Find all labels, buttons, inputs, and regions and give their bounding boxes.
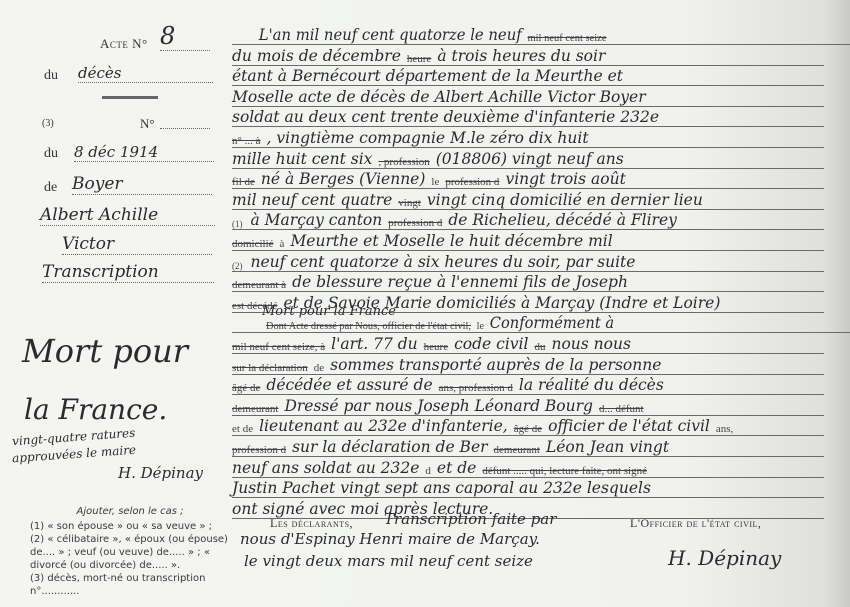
date-label: du [44,146,58,162]
given-names-2: Victor [62,234,212,255]
handwritten-text: Conformément à [490,314,614,332]
body-line: demeurantDressé par nous Joseph Léonard … [232,393,824,416]
officer-label: L'Officier de l'état civil, [630,516,761,531]
transcription-note-3: le vingt deux mars mil neuf cent seize [244,552,533,570]
footnote-2: (2) « célibataire », « époux (ou épouse)… [30,533,230,572]
body-line: L'an mil neuf cent quatorze le neufmil n… [232,22,850,45]
footnote-3: (3) décès, mort-né ou transcription n°..… [30,572,230,598]
acte-number: 8 [160,22,210,51]
handwritten-text: la réalité du décès [519,376,664,394]
handwritten-text: vingt trois août [505,170,625,188]
body-line: et delieutenant au 232e d'infanterie,âgé… [232,413,824,436]
footnote-1: (1) « son épouse » ou « sa veuve » ; [30,520,230,533]
mention-transcription: Transcription [42,262,214,283]
footnote-marker: (3) [42,118,54,129]
body-line: mille huit cent six, profession(018806) … [232,146,824,169]
transcription-note-1: Transcription faite par [384,510,556,528]
handwritten-text: né à Berges (Vienne) [261,170,425,188]
mort-pour-la-france-annotation: Mort pour [22,332,188,370]
margin-signature: H. Dépinay [118,464,203,482]
handwritten-text: soldat au deux cent trente deuxième d'in… [232,108,659,126]
inline-mort-pour-la-france: Mort pour la France [262,304,396,319]
body-line: fil dené à Berges (Vienne)leprofession d… [232,166,824,189]
body-line: du mois de décembreheureà trois heures d… [232,43,824,66]
handwritten-text: étant à Bernécourt département de la Meu… [232,67,623,85]
body-line: domiciliéàMeurthe et Moselle le huit déc… [232,228,824,251]
act-date: 8 déc 1914 [74,143,214,162]
handwritten-text: nous nous [551,335,630,353]
type-label: du [44,68,58,84]
handwritten-text: vingt cinq domicilié en dernier lieu [427,191,703,209]
footnotes-title: Ajouter, selon le cas ; [30,505,230,518]
handwritten-text: code civil [454,335,528,353]
handwritten-text: Moselle acte de décès de Albert Achille … [232,88,646,106]
body-line: mil neuf cent seize, àl'art. 77 duheurec… [232,331,824,354]
divider [102,96,158,99]
mort-pour-la-france-annotation-2: la France. [24,393,167,426]
handwritten-text: Léon Jean vingt [546,438,669,456]
handwritten-text: sur la déclaration de Ber [292,438,487,456]
handwritten-text: neuf cent quatorze à six heures du soir,… [251,253,636,271]
body-line: âgé dedécédée et assuré deans, professio… [232,372,824,395]
handwritten-text: à trois heures du soir [437,47,605,65]
handwritten-text: de blessure reçue à l'ennemi fils de Jos… [292,273,628,291]
body-line: (1)à Marçay cantonprofession dde Richeli… [232,207,824,230]
handwritten-text: du mois de décembre [232,47,401,65]
transcription-note-2: nous d'Espinay Henri maire de Marçay. [240,530,540,548]
officer-signature: H. Dépinay [668,546,781,570]
body-line: Moselle acte de décès de Albert Achille … [232,84,824,107]
body-line: mil neuf cent quatrevingtvingt cinq domi… [232,187,824,210]
handwritten-text: , vingtième compagnie M.le zéro dix huit [267,129,589,147]
body-line: profession dsur la déclaration de Berdem… [232,434,824,457]
handwritten-text: mille huit cent six [232,150,372,168]
body-line: n° ... à, vingtième compagnie M.le zéro … [232,125,824,148]
body-line: sur la déclarationdesommes transporté au… [232,352,824,375]
handwritten-text: L'an mil neuf cent quatorze le neuf [259,26,522,44]
handwritten-text: lieutenant au 232e d'infanterie, [259,417,508,435]
body-line: Justin Pachet vingt sept ans caporal au … [232,475,824,498]
handwritten-text: officier de l'état civil [548,417,710,435]
body-line: soldat au deux cent trente deuxième d'in… [232,104,824,127]
given-names: Albert Achille [40,205,215,226]
handwritten-text: décédée et assuré de [266,376,432,394]
body-line: demeurant àde blessure reçue à l'ennemi … [232,269,824,292]
handwritten-text: et de [437,459,476,477]
surname: Boyer [72,174,212,195]
handwritten-text: sommes transporté auprès de la personne [330,356,661,374]
footnotes: Ajouter, selon le cas ; (1) « son épouse… [30,505,230,598]
number-field [160,128,210,129]
handwritten-text: Meurthe et Moselle le huit décembre mil [290,232,612,250]
acte-label: Acte N° [100,36,148,52]
handwritten-text: l'art. 77 du [331,335,418,353]
handwritten-text: mil neuf cent quatre [232,191,392,209]
handwritten-text: neuf ans soldat au 232e [232,459,419,477]
body-line: étant à Bernécourt département de la Meu… [232,63,824,86]
acte-type: décès [78,64,213,83]
surname-label: de [44,180,57,196]
number-label: N° [140,116,155,132]
body-line: neuf ans soldat au 232edet dedéfunt ....… [232,455,824,478]
declarants-label: Les déclarants, [270,516,353,531]
handwritten-text: de Richelieu, décédé à Flirey [448,211,677,229]
body-line: (2)neuf cent quatorze à six heures du so… [232,249,824,272]
handwritten-text: Dressé par nous Joseph Léonard Bourg [284,397,593,415]
handwritten-text: (018806) vingt neuf ans [436,150,624,168]
handwritten-text: à Marçay canton [251,211,383,229]
registry-page: Acte N° 8 du décès (3) N° du 8 déc 1914 … [0,0,850,607]
handwritten-text: Justin Pachet vingt sept ans caporal au … [232,479,651,497]
